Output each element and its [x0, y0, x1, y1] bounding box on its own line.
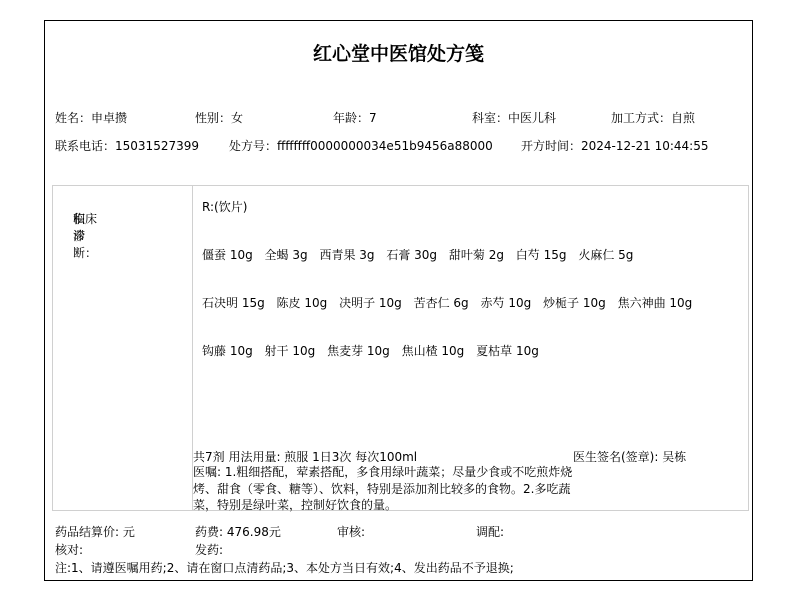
prescription-sheet: 红心堂中医馆处方笺 姓名：申卓攒 性别：女 年龄：7 科室：中医儿科 加工方式：…	[44, 20, 753, 581]
herb-item: 焦麦芽 10g	[327, 344, 390, 358]
prescription-number: 处方号：ffffffff0000000034e51b9456a88000	[229, 137, 493, 154]
herb-line: 钩藤 10g 射干 10g 焦麦芽 10g 焦山楂 10g 夏枯草 10g	[202, 342, 547, 359]
herb-item: 甜叶菊 2g	[449, 248, 504, 262]
usage-dosage: 共7剂 用法用量: 煎服 1日3次 每次100ml	[193, 448, 417, 465]
prescription-box: 临床诊断：积滞 R:(饮片) 僵蚕 10g 全蝎 3g 西青果 3g 石膏 30…	[52, 185, 749, 511]
issue-field: 发药:	[195, 541, 223, 558]
herb-item: 陈皮 10g	[277, 296, 328, 310]
check-field: 核对:	[55, 541, 83, 558]
medical-advice: 医嘱: 1.粗细搭配，荤素搭配，多食用绿叶蔬菜；尽量少食或不吃煎炸烧烤、甜食（零…	[193, 464, 578, 514]
patient-gender: 性别：女	[195, 109, 243, 126]
patient-name: 姓名：申卓攒	[55, 109, 127, 126]
herb-item: 焦六神曲 10g	[618, 296, 693, 310]
diagnosis-cell: 临床诊断：积滞	[53, 186, 193, 510]
department: 科室：中医儿科	[472, 109, 556, 126]
patient-phone: 联系电话：15031527399	[55, 137, 199, 154]
herb-item: 焦山楂 10g	[402, 344, 465, 358]
herb-item: 全蝎 3g	[265, 248, 308, 262]
herb-item: 钩藤 10g	[202, 344, 253, 358]
patient-age: 年龄：7	[333, 109, 377, 126]
notice: 注:1、请遵医嘱用药;2、请在窗口点清药品;3、本处方当日有效;4、发出药品不予…	[55, 559, 514, 576]
drug-fee: 药费: 476.98元	[195, 523, 281, 540]
herb-line: 僵蚕 10g 全蝎 3g 西青果 3g 石膏 30g 甜叶菊 2g 白芍 15g…	[202, 246, 641, 263]
prescription-time: 开方时间：2024-12-21 10:44:55	[521, 137, 708, 154]
dispense-field: 调配:	[476, 523, 504, 540]
settle-price: 药品结算价: 元	[55, 523, 135, 540]
herb-item: 射干 10g	[265, 344, 316, 358]
herb-item: 白芍 15g	[516, 248, 567, 262]
processing-method: 加工方式：自煎	[611, 109, 695, 126]
herb-item: 火麻仁 5g	[578, 248, 633, 262]
herb-item: 西青果 3g	[319, 248, 374, 262]
herb-item: 石膏 30g	[386, 248, 437, 262]
rx-header: R:(饮片)	[202, 198, 247, 215]
herb-item: 夏枯草 10g	[476, 344, 539, 358]
review-field: 审核:	[337, 523, 365, 540]
page-title: 红心堂中医馆处方笺	[45, 39, 752, 66]
herb-item: 石决明 15g	[202, 296, 265, 310]
herb-item: 决明子 10g	[339, 296, 402, 310]
herb-item: 赤芍 10g	[481, 296, 532, 310]
herb-item: 僵蚕 10g	[202, 248, 253, 262]
herb-item: 苦杏仁 6g	[414, 296, 469, 310]
doctor-signature: 医生签名(签章): 吴栋	[573, 448, 686, 465]
herb-line: 石决明 15g 陈皮 10g 决明子 10g 苦杏仁 6g 赤芍 10g 炒栀子…	[202, 294, 700, 311]
herb-item: 炒栀子 10g	[543, 296, 606, 310]
